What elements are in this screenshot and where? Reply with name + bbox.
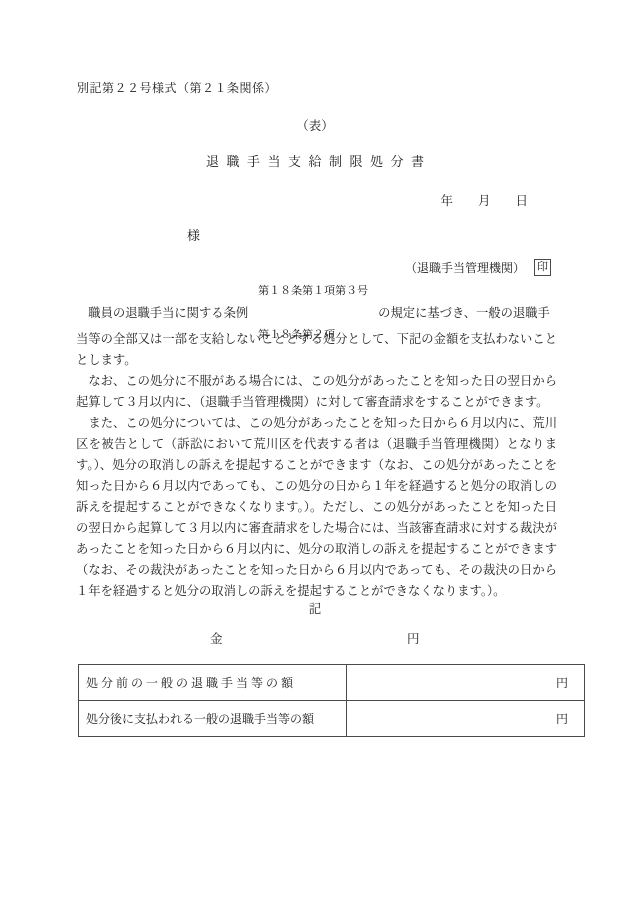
document-title: 退職手当支給制限処分書 [198, 154, 431, 169]
row-label-before-disposition: 処 分 前 の 一 般 の 退 職 手 当 等 の 額 [79, 665, 347, 701]
unit-label: 円 [556, 712, 568, 726]
document-page: 別記第２２号様式（第２１条関係） （表） 退職手当支給制限処分書 年 月 日 様… [0, 0, 630, 903]
issuer-line: （退職手当管理機関） 印 [405, 259, 551, 276]
para3-lawsuit-notice: また、この処分については、この処分があったことを知った日から６月以内に、荒川区を… [76, 413, 557, 602]
date-line: 年 月 日 [440, 191, 528, 209]
form-number: 別記第２２号様式（第２１条関係） [77, 79, 277, 96]
amount-label: 金 [210, 629, 223, 647]
ki-heading: 記 [0, 599, 630, 617]
side-label: （表） [296, 119, 334, 133]
issuer-name: （退職手当管理機関） [405, 259, 525, 276]
amount-unit: 円 [407, 629, 420, 647]
clause-options: 第１８条第１項第３号 第１８条第２項 [258, 255, 368, 371]
document-title-wrap: 退職手当支給制限処分書 [0, 151, 630, 171]
row-label-after-disposition: 処分後に支払われる一般の退職手当等の額 [79, 701, 347, 737]
unit-label: 円 [556, 676, 568, 690]
para1-after: の規定に基づき、一般の退職手 [378, 303, 550, 324]
amount-table: 処 分 前 の 一 般 の 退 職 手 当 等 の 額 円 処分後に支払われる一… [78, 664, 585, 737]
table-row-before-disposition: 処 分 前 の 一 般 の 退 職 手 当 等 の 額 円 [79, 665, 585, 701]
seal-mark: 印 [534, 259, 551, 276]
table-row-after-disposition: 処分後に支払われる一般の退職手当等の額 円 [79, 701, 585, 737]
legal-basis-line: 職員の退職手当に関する条例 第１８条第１項第３号 第１８条第２項 の規定に基づき… [76, 297, 557, 329]
addressee-suffix: 様 [187, 225, 200, 244]
para1-lead: 職員の退職手当に関する条例 [76, 303, 248, 324]
clause-option-top: 第１８条第１項第３号 [258, 284, 368, 299]
side-label-wrap: （表） [0, 116, 630, 134]
amount-value-cell-before: 円 [347, 665, 585, 701]
amount-value-cell-after: 円 [347, 701, 585, 737]
body-text: 職員の退職手当に関する条例 第１８条第１項第３号 第１８条第２項 の規定に基づき… [76, 297, 557, 602]
para2-appeal-notice: なお、この処分に不服がある場合には、この処分があったことを知った日の翌日から起算… [76, 371, 557, 413]
